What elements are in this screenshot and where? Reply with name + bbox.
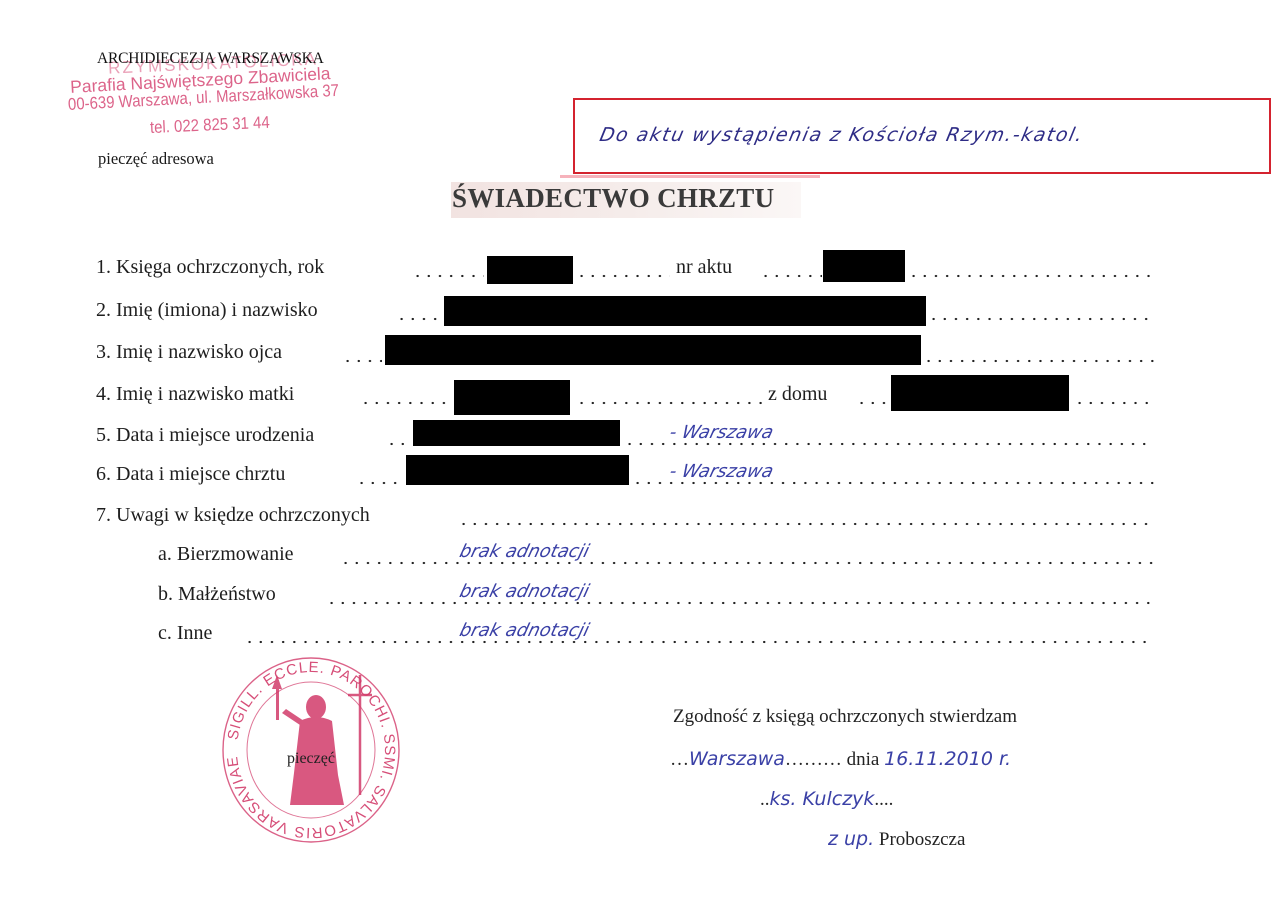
date-label: dnia — [847, 749, 880, 770]
dot-leader — [396, 317, 442, 321]
dot-leader — [908, 274, 1153, 278]
handwritten-birth-place: - Warszawa — [667, 422, 775, 443]
remark-row-confirmation: a. Bierzmowanie brak adnotacji — [0, 543, 1280, 573]
field-row-birth: 5. Data i miejsce urodzenia - Warszawa — [0, 424, 1280, 454]
field-sublabel: nr aktu — [676, 256, 732, 279]
address-stamp-phone: tel. 022 825 31 44 — [150, 113, 271, 138]
redacted-birth-date — [413, 420, 620, 446]
handwritten-baptism-place: - Warszawa — [667, 461, 775, 482]
field-row-father: 3. Imię i nazwisko ojca — [0, 341, 1280, 371]
remark-row-other: c. Inne brak adnotacji — [0, 622, 1280, 652]
address-stamp-caption: pieczęć adresowa — [98, 149, 214, 169]
remark-label: a. Bierzmowanie — [158, 543, 294, 566]
dot-leader — [576, 401, 762, 405]
handwritten-note: Do aktu wystąpienia z Kościoła Rzym.-kat… — [598, 124, 1086, 146]
field-row-baptism: 6. Data i miejsce chrztu - Warszawa — [0, 463, 1280, 493]
pastor-role: z up. Proboszcza — [828, 828, 965, 851]
title-underline-decoration — [560, 175, 820, 178]
redacted-name — [444, 296, 926, 326]
redacted-baptism-date — [406, 455, 629, 485]
handwritten-remark: brak adnotacji — [457, 620, 591, 641]
christ-figure-icon — [272, 675, 344, 805]
dot-leader — [928, 317, 1154, 321]
handwritten-place: Warszawa — [689, 748, 785, 770]
handwritten-role-prefix: z up. — [828, 828, 874, 850]
field-label: 1. Księga ochrzczonych, rok — [96, 256, 324, 279]
redacted-mother — [454, 380, 570, 415]
field-label: 6. Data i miejsce chrztu — [96, 463, 285, 486]
redacted-act-number — [823, 250, 905, 282]
dot-leader — [326, 601, 1154, 605]
field-label: 3. Imię i nazwisko ojca — [96, 341, 282, 364]
field-label: 4. Imię i nazwisko matki — [96, 383, 294, 406]
field-label: 2. Imię (imiona) i nazwisko — [96, 299, 318, 322]
dot-leader — [356, 481, 404, 485]
dot-leader — [244, 640, 1154, 644]
confirmation-statement: Zgodność z księgą ochrzczonych stwierdza… — [673, 706, 1017, 728]
remark-row-marriage: b. Małżeństwo brak adnotacji — [0, 583, 1280, 613]
archdiocese-header: ARCHIDIECEZJA WARSZAWSKA — [97, 50, 324, 68]
signature-line: ..ks. Kulczyk.... — [760, 788, 893, 811]
redacted-maiden-name — [891, 375, 1069, 411]
place-date-line: …Warszawa……… dnia 16.11.2010 r. — [670, 748, 1011, 771]
field-label: 7. Uwagi w księdze ochrzczonych — [96, 504, 370, 527]
handwritten-remark: brak adnotacji — [457, 581, 591, 602]
field-row-remarks: 7. Uwagi w księdze ochrzczonych — [0, 504, 1280, 534]
seal-label: pieczęć — [287, 750, 335, 768]
dot-leader — [923, 359, 1154, 363]
remark-label: c. Inne — [158, 622, 212, 645]
redacted-father — [385, 335, 921, 365]
dot-leader — [458, 522, 1154, 526]
dot-leader — [412, 274, 484, 278]
field-row-book-year: 1. Księga ochrzczonych, rok nr aktu — [0, 256, 1280, 286]
redacted-year — [487, 256, 573, 284]
signature: ks. Kulczyk — [770, 788, 875, 810]
remark-label: b. Małżeństwo — [158, 583, 276, 606]
dot-leader — [1074, 401, 1154, 405]
handwritten-date: 16.11.2010 r. — [884, 748, 1011, 770]
dot-leader — [760, 274, 822, 278]
dot-leader — [342, 359, 382, 363]
field-sublabel: z domu — [768, 383, 827, 406]
handwritten-remark: brak adnotacji — [457, 541, 591, 562]
role-label: Proboszcza — [879, 829, 966, 850]
dot-leader — [386, 442, 410, 446]
dot-leader — [856, 401, 888, 405]
dot-leader — [576, 274, 670, 278]
document-title: ŚWIADECTWO CHRZTU — [452, 183, 774, 214]
dot-leader — [360, 401, 450, 405]
field-row-name: 2. Imię (imiona) i nazwisko — [0, 299, 1280, 329]
field-row-mother: 4. Imię i nazwisko matki z domu — [0, 383, 1280, 413]
field-label: 5. Data i miejsce urodzenia — [96, 424, 314, 447]
